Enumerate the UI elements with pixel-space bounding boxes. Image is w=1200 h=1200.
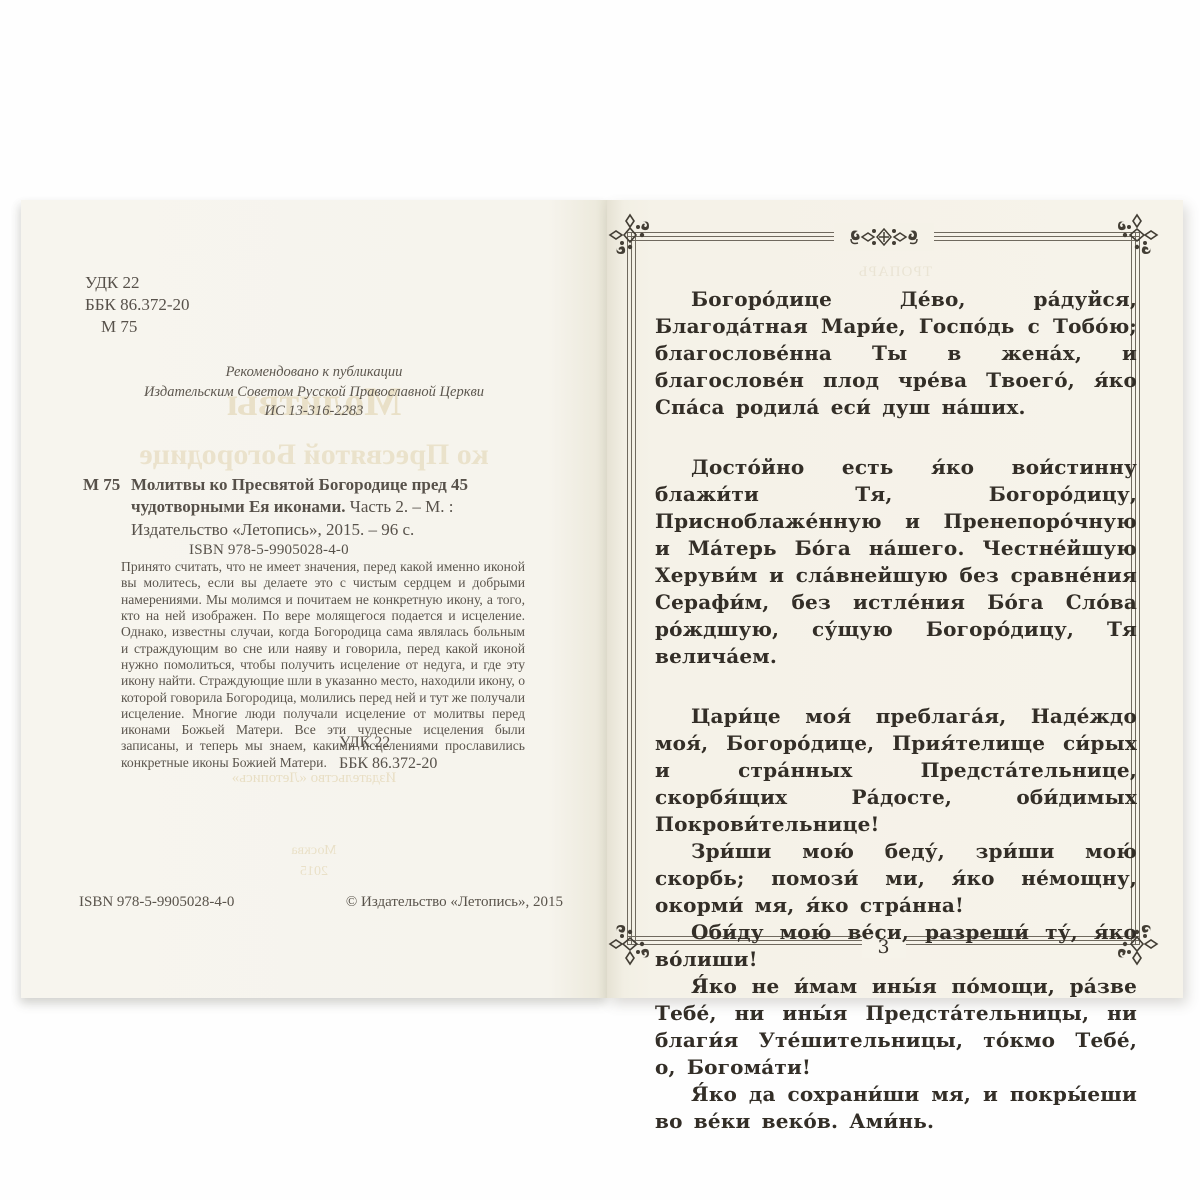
bleed-through-year: 2015 xyxy=(300,864,328,879)
udk-code: УДК 22 xyxy=(85,272,190,294)
bleed-through-publisher: Издательство «Летопись» xyxy=(21,770,607,787)
udk-footer-line: УДК 22 xyxy=(339,732,437,753)
prayer-zrishi: Зри́ши мою́ беду́, зри́ши мою́ скорбь; п… xyxy=(655,838,1137,919)
prayer-yako-da-sohranishi: Я́ко да сохрани́ши мя, и покры́еши во ве… xyxy=(655,1081,1137,1135)
prayer-dostoyno-est: Досто́йно есть я́ко вои́стинну блажи́ти … xyxy=(655,454,1137,670)
bbk-code: ББК 86.372-20 xyxy=(85,294,190,316)
recommendation-block: Рекомендовано к публикации Издательским … xyxy=(21,363,607,422)
prayer-text-block: Богоро́дице Де́во, ра́дуйся, Благода́тна… xyxy=(655,286,1137,1135)
recommendation-line: Издательским Советом Русской Православно… xyxy=(21,383,607,403)
copyright-notice: © Издательство «Летопись», 2015 xyxy=(346,894,563,911)
left-page-imprint: Молитвы ко Пресвятой Богородице Издатель… xyxy=(21,200,607,998)
right-page-prayers: ТРОПАРЬ xyxy=(607,200,1183,998)
author-sign-code: М 75 xyxy=(85,316,190,338)
corner-ornament-icon xyxy=(607,921,653,967)
bleed-through-title-line2: ко Пресвятой Богородице xyxy=(21,438,607,472)
prayer-bogoroditse-devo: Богоро́дице Де́во, ра́дуйся, Благода́тна… xyxy=(655,286,1137,421)
udk-bbk-block: УДК 22 ББК 86.372-20 М 75 xyxy=(85,272,190,338)
udk-footer-block: УДК 22 ББК 86.372-20 xyxy=(339,732,437,774)
recommendation-line: Рекомендовано к публикации xyxy=(21,363,607,383)
prayer-tsaritse-moya: Цари́це моя́ преблага́я, Наде́ждо моя́, … xyxy=(655,703,1137,838)
bibliographic-entry: М 75 Молитвы ко Пресвятой Богородице пре… xyxy=(83,474,525,541)
recommendation-line: ИС 13-316-2283 xyxy=(21,402,607,422)
photo-background: Молитвы ко Пресвятой Богородице Издатель… xyxy=(0,0,1200,1200)
isbn-mid: ISBN 978-5-9905028-4-0 xyxy=(189,542,349,559)
prayer-obidu: Оби́ду мою́ ве́си, разреши́ ту́, я́ко во… xyxy=(655,919,1137,973)
imprint-footer: ISBN 978-5-9905028-4-0 © Издательство «Л… xyxy=(79,894,563,911)
isbn-bottom: ISBN 978-5-9905028-4-0 xyxy=(79,894,234,911)
top-center-ornament-icon xyxy=(834,223,934,251)
corner-ornament-icon xyxy=(607,212,653,258)
bib-text: Молитвы ко Пресвятой Богородице пред 45 … xyxy=(131,474,525,541)
bleed-through-city-year: Москва 2015 xyxy=(21,840,607,882)
udk-footer-line: ББК 86.372-20 xyxy=(339,753,437,774)
bib-label: М 75 xyxy=(83,474,131,541)
book-spread: Молитвы ко Пресвятой Богородице Издатель… xyxy=(21,200,1183,998)
annotation-paragraph: Принято считать, что не имеет значения, … xyxy=(121,559,525,771)
prayer-yako-ne-imam: Я́ко не и́мам ины́я по́мощи, ра́зве Тебе… xyxy=(655,973,1137,1081)
bleed-through-city: Москва xyxy=(291,843,336,858)
corner-ornament-icon xyxy=(1114,212,1160,258)
